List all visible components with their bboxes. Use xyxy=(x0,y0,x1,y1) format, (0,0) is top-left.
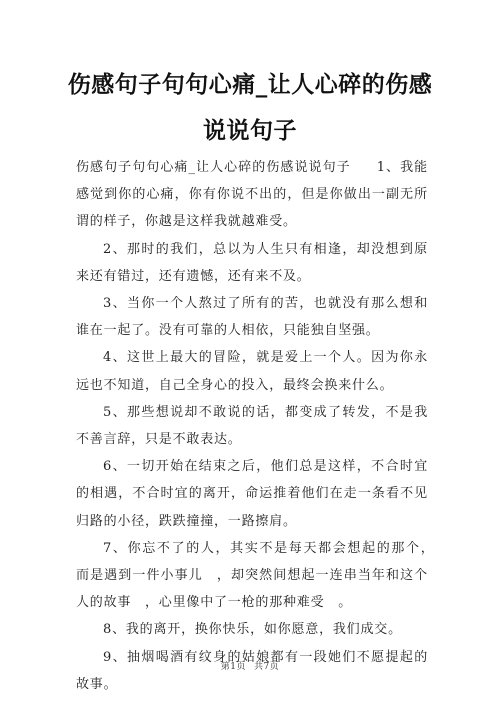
document-title: 伤感句子句句心痛_让人心碎的伤感说说句子 xyxy=(60,62,440,154)
intro-prefix: 伤感句子句句心痛_让人心碎的伤感说说句子 xyxy=(76,160,351,175)
document-body: 伤感句子句句心痛_让人心碎的伤感说说句子1、我能感觉到你的心痛，你有你说不出的，… xyxy=(76,154,428,698)
page-total: 共7页 xyxy=(254,662,279,672)
paragraph-intro: 伤感句子句句心痛_让人心碎的伤感说说句子1、我能感觉到你的心痛，你有你说不出的，… xyxy=(76,154,428,236)
paragraph-7: 7、你忘不了的人，其实不是每天都会想起的那个， 而是遇到一件小事儿 ，却突然间想… xyxy=(76,535,428,617)
paragraph-6: 6、一切开始在结束之后，他们总是这样，不合时宜的相遇，不合时宜的离开，命运推着他… xyxy=(76,453,428,535)
paragraph-2: 2、那时的我们，总以为人生只有相逢，却没想到原来还有错过，还有遗憾，还有来不及。 xyxy=(76,236,428,290)
page-footer: 第1页共7页 xyxy=(0,659,500,672)
paragraph-4: 4、这世上最大的冒险，就是爱上一个人。因为你永远也不知道，自己全身心的投入，最终… xyxy=(76,344,428,398)
paragraph-8: 8、我的离开，换你快乐，如你愿意，我们成交。 xyxy=(76,616,428,643)
page-current: 第1页 xyxy=(221,662,246,672)
paragraph-3: 3、当你一个人熬过了所有的苦，也就没有那么想和谁在一起了。没有可靠的人相依，只能… xyxy=(76,290,428,344)
paragraph-5: 5、那些想说却不敢说的话，都变成了转发，不是我不善言辞，只是不敢表达。 xyxy=(76,399,428,453)
